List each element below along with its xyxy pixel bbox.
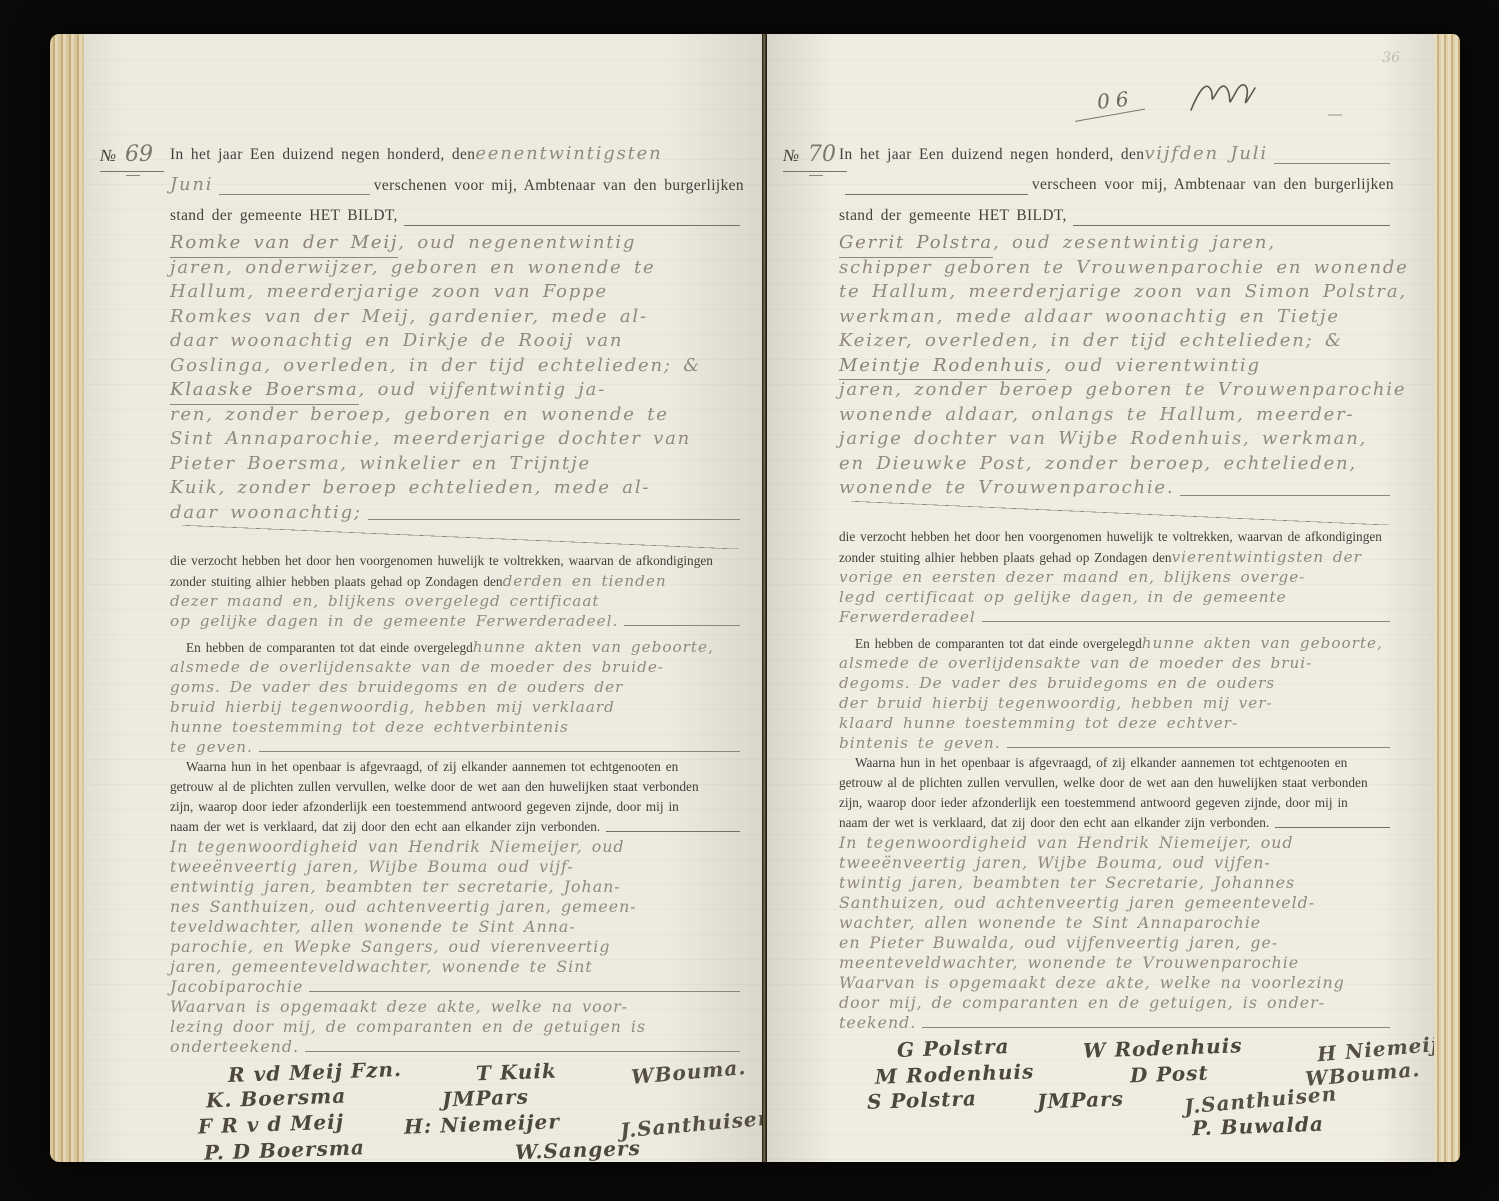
text-line: In tegenwoordigheid van Hendrik Niemeije…: [839, 833, 1394, 853]
text-line: [839, 501, 1394, 527]
handwritten-text: ren, zonder beroep, geboren en wonende t…: [170, 403, 669, 428]
page-edges-right: [1434, 34, 1460, 1162]
act-number-rule-small: [126, 175, 140, 176]
printed-text: zonder stuiting alhier hebben plaats geh…: [170, 572, 503, 592]
act-lines: In het jaar Een duizend negen honderd, d…: [170, 138, 744, 1057]
text-line: tweeënveertig jaren, Wijbe Bouma oud vij…: [170, 857, 744, 877]
handwritten-text: Sint Annaparochie, meerderjarige dochter…: [170, 427, 691, 452]
handwritten-text: , oud vierentwintig: [1046, 354, 1261, 379]
handwritten-text: In tegenwoordigheid van Hendrik Niemeije…: [839, 833, 1294, 853]
signature-row: P. D BoersmaW.Sangers: [204, 1137, 744, 1162]
text-line: naam der wet is verklaard, dat zij door …: [839, 813, 1394, 833]
text-line: parochie, en Wepke Sangers, oud vierenve…: [170, 937, 744, 957]
text-line: ren, zonder beroep, geboren en wonende t…: [170, 403, 744, 428]
handwritten-text: In tegenwoordigheid van Hendrik Niemeije…: [170, 837, 625, 857]
act-number-rule: [100, 171, 164, 172]
handwritten-text: Waarvan is opgemaakt deze akte, welke na…: [170, 997, 628, 1017]
ruled-line: [1180, 495, 1390, 496]
text-line: wonende te Vrouwenparochie.: [839, 476, 1394, 501]
printed-text: In het jaar Een duizend negen honderd, d…: [170, 139, 475, 170]
handwritten-text: klaard hunne toestemming tot deze echtve…: [839, 713, 1238, 733]
text-line: getrouw al de plichten zullen vervullen,…: [839, 773, 1394, 793]
act-number: 70: [808, 142, 836, 167]
handwritten-text: werkman, mede aldaar woonachtig en Tietj…: [839, 305, 1340, 330]
handwritten-text: wonende te Vrouwenparochie.: [839, 476, 1174, 501]
handwritten-text: wonende aldaar, onlangs te Hallum, meerd…: [839, 403, 1354, 428]
act-lines: In het jaar Een duizend negen honderd, d…: [839, 138, 1394, 1033]
handwritten-text: daar woonachtig en Dirkje de Rooij van: [170, 329, 623, 354]
text-line: schipper geboren te Vrouwenparochie en w…: [839, 256, 1394, 281]
signature: M Rodenhuis: [875, 1058, 1035, 1090]
signature: P. Buwalda: [1192, 1110, 1325, 1141]
text-line: En hebben de comparanten tot dat einde o…: [839, 633, 1394, 653]
text-line: lezing door mij, de comparanten en de ge…: [170, 1017, 744, 1037]
handwritten-text: Hallum, meerderjarige zoon van Foppe: [170, 280, 608, 305]
text-line: Klaaske Boersma, oud vijfentwintig ja-: [170, 378, 744, 403]
handwritten-text: bintenis te geven.: [839, 733, 1001, 753]
signature-block: G PolstraW RodenhuisH NiemeijerM Rodenhu…: [839, 1035, 1394, 1139]
handwritten-text: bruid hierbij tegenwoordig, hebben mij v…: [170, 697, 615, 717]
text-line: jaren, gemeenteveldwachter, wonende te S…: [170, 957, 744, 977]
handwritten-text: , oud zesentwintig jaren,: [993, 231, 1276, 256]
text-line: Waarna hun in het openbaar is afgevraagd…: [839, 753, 1394, 773]
text-line: naam der wet is verklaard, dat zij door …: [170, 817, 744, 837]
handwritten-text: , oud negenentwintig: [398, 231, 636, 256]
handwritten-text: te Hallum, meerderjarige zoon van Simon …: [839, 280, 1407, 305]
text-line: klaard hunne toestemming tot deze echtve…: [839, 713, 1394, 733]
text-line: der bruid hierbij tegenwoordig, hebben m…: [839, 693, 1394, 713]
act-number: 69: [125, 142, 153, 167]
handwritten-text: entwintig jaren, beambten ter secretarie…: [170, 877, 621, 897]
signature-row: R vd Meij Fzn.T KuikWBouma.: [228, 1059, 744, 1085]
ruled-line: [1274, 163, 1390, 164]
text-line: Meintje Rodenhuis, oud vierentwintig: [839, 354, 1394, 379]
text-line: en Dieuwke Post, zonder beroep, echtelie…: [839, 452, 1394, 477]
text-line: In het jaar Een duizend negen honderd, d…: [839, 138, 1394, 169]
text-line: getrouw al de plichten zullen vervullen,…: [170, 777, 744, 797]
signature-block: R vd Meij Fzn.T KuikWBouma.K. BoersmaJMP…: [170, 1059, 744, 1162]
handwritten-text: legd certificaat op gelijke dagen, in de…: [839, 587, 1287, 607]
signature-row: S PolstraJMParsJ.Santhuisen: [867, 1087, 1394, 1113]
handwritten-text: vijfden Juli: [1144, 138, 1268, 169]
printed-text: naam der wet is verklaard, dat zij door …: [170, 817, 600, 837]
text-line: Ferwerderadeel: [839, 607, 1394, 627]
printed-text: Waarna hun in het openbaar is afgevraagd…: [186, 757, 678, 777]
ruled-line: [922, 1027, 1390, 1028]
handwritten-text: lezing door mij, de comparanten en de ge…: [170, 1017, 646, 1037]
inspection-mark: 06: [1096, 86, 1136, 114]
page-number-pencil: 36: [1382, 50, 1400, 66]
signature: JMPars: [1036, 1085, 1124, 1114]
text-line: teekend.: [839, 1013, 1394, 1033]
ruled-line: [219, 194, 369, 195]
handwritten-text: op gelijke dagen in de gemeente Ferwerde…: [170, 611, 618, 631]
text-line: op gelijke dagen in de gemeente Ferwerde…: [170, 611, 744, 631]
text-line: tweeënveertig jaren, Wijbe Bouma, oud vi…: [839, 853, 1394, 873]
text-line: Waarna hun in het openbaar is afgevraagd…: [170, 757, 744, 777]
ruled-line: [982, 621, 1390, 622]
ruled-line: [1275, 827, 1390, 828]
handwritten-text: teekend.: [839, 1013, 916, 1033]
handwritten-text: onderteekend.: [170, 1037, 299, 1057]
printed-text: getrouw al de plichten zullen vervullen,…: [170, 777, 699, 797]
text-line: door mij, de comparanten en de getuigen,…: [839, 993, 1394, 1013]
text-line: verscheen voor mij, Ambtenaar van den bu…: [839, 169, 1394, 200]
handwritten-text: en Dieuwke Post, zonder beroep, echtelie…: [839, 452, 1357, 477]
text-line: alsmede de overlijdensakte van de moeder…: [839, 653, 1394, 673]
text-line: zonder stuiting alhier hebben plaats geh…: [170, 571, 744, 591]
handwritten-text: Romkes van der Meij, gardenier, mede al-: [170, 305, 648, 330]
signature-row: K. BoersmaJMPars: [206, 1085, 744, 1111]
printed-text: In het jaar Een duizend negen honderd, d…: [839, 139, 1144, 170]
signature: W.Sangers: [514, 1135, 641, 1162]
text-line: te geven.: [170, 737, 744, 757]
text-line: daar woonachtig;: [170, 501, 744, 526]
text-line: nes Santhuizen, oud achtenveertig jaren,…: [170, 897, 744, 917]
handwritten-text: door mij, de comparanten en de getuigen,…: [839, 993, 1325, 1013]
handwritten-text: , oud vijfentwintig ja-: [359, 378, 607, 403]
text-line: goms. De vader des bruidegoms en de oude…: [170, 677, 744, 697]
text-line: meenteveldwachter, wonende te Vrouwenpar…: [839, 953, 1394, 973]
text-line: entwintig jaren, beambten ter secretarie…: [170, 877, 744, 897]
printed-text: zijn, waarop door ieder afzonderlijk een…: [839, 793, 1348, 813]
handwritten-text: Goslinga, overleden, in der tijd echteli…: [170, 354, 701, 379]
ruled-line: [404, 225, 740, 226]
printed-text: stand der gemeente HET BILDT,: [170, 200, 398, 231]
text-line: jarige dochter van Wijbe Rodenhuis, werk…: [839, 427, 1394, 452]
printed-text: die verzocht hebben het door hen voorgen…: [839, 527, 1382, 547]
printed-text: getrouw al de plichten zullen vervullen,…: [839, 773, 1368, 793]
text-line: Hallum, meerderjarige zoon van Foppe: [170, 280, 744, 305]
signature: P. D Boersma: [204, 1134, 366, 1162]
text-line: die verzocht hebben het door hen voorgen…: [839, 527, 1394, 547]
handwritten-name-underlined: Gerrit Polstra: [839, 231, 993, 258]
handwritten-text: jaren, zonder beroep geboren te Vrouwenp…: [839, 378, 1406, 403]
signature-row: G PolstraW RodenhuisH Niemeijer: [897, 1035, 1394, 1061]
handwritten-name-underlined: Meintje Rodenhuis: [839, 354, 1046, 381]
text-line: degoms. De vader des bruidegoms en de ou…: [839, 673, 1394, 693]
handwritten-text: Ferwerderadeel: [839, 607, 976, 627]
register-book: №69 In het jaar Een duizend negen honder…: [50, 34, 1460, 1162]
text-line: daar woonachtig en Dirkje de Rooij van: [170, 329, 744, 354]
signature: H: Niemeijer: [404, 1108, 561, 1139]
pencil-dash-mark: —: [1327, 104, 1343, 123]
printed-text: die verzocht hebben het door hen voorgen…: [170, 551, 713, 571]
text-line: bruid hierbij tegenwoordig, hebben mij v…: [170, 697, 744, 717]
handwritten-text: parochie, en Wepke Sangers, oud vierenve…: [170, 937, 610, 957]
handwritten-text: nes Santhuizen, oud achtenveertig jaren,…: [170, 897, 637, 917]
handwritten-text: dezer maand en, blijkens overgelegd cert…: [170, 591, 600, 611]
ruled-line: [309, 991, 740, 992]
act-number-block: №70: [783, 142, 847, 176]
register-page-right: 06 — 36 №70 In het jaar Een duizend nege…: [767, 34, 1434, 1162]
ruled-line: [606, 831, 740, 832]
handwritten-text: der bruid hierbij tegenwoordig, hebben m…: [839, 693, 1273, 713]
page-edges-left: [50, 34, 84, 1162]
text-line: die verzocht hebben het door hen voorgen…: [170, 551, 744, 571]
text-line: In het jaar Een duizend negen honderd, d…: [170, 138, 744, 169]
handwritten-text: en Pieter Buwalda, oud vijfenveertig jar…: [839, 933, 1278, 953]
text-line: Waarvan is opgemaakt deze akte, welke na…: [170, 997, 744, 1017]
text-line: dezer maand en, blijkens overgelegd cert…: [170, 591, 744, 611]
text-line: Juniverschenen voor mij, Ambtenaar van d…: [170, 169, 744, 200]
register-page-left: №69 In het jaar Een duizend negen honder…: [84, 34, 762, 1162]
handwritten-text: tweeënveertig jaren, Wijbe Bouma oud vij…: [170, 857, 574, 877]
act-number-rule: [783, 171, 847, 172]
printed-text: naam der wet is verklaard, dat zij door …: [839, 813, 1269, 833]
text-line: legd certificaat op gelijke dagen, in de…: [839, 587, 1394, 607]
text-line: In tegenwoordigheid van Hendrik Niemeije…: [170, 837, 744, 857]
handwritten-text: Jacobiparochie: [170, 977, 303, 997]
act-number-block: №69: [100, 142, 164, 176]
text-line: zijn, waarop door ieder afzonderlijk een…: [170, 797, 744, 817]
signature-row: P. Buwalda: [839, 1113, 1324, 1139]
act-number-rule-small: [809, 175, 823, 176]
ruled-line: [624, 625, 740, 626]
text-line: jaren, zonder beroep geboren te Vrouwenp…: [839, 378, 1394, 403]
text-line: Waarvan is opgemaakt deze akte, welke na…: [839, 973, 1394, 993]
printed-text: zijn, waarop door ieder afzonderlijk een…: [170, 797, 679, 817]
text-line: werkman, mede aldaar woonachtig en Tietj…: [839, 305, 1394, 330]
signature: W Rodenhuis: [1083, 1032, 1243, 1064]
handwritten-text: vorige en eersten dezer maand en, blijke…: [839, 567, 1305, 587]
handwritten-text: meenteveldwachter, wonende te Vrouwenpar…: [839, 953, 1299, 973]
handwritten-text: Juni: [170, 169, 213, 200]
act-text-right: In het jaar Een duizend negen honderd, d…: [839, 138, 1394, 1162]
handwritten-text: te geven.: [170, 737, 253, 757]
handwritten-text: hunne akten van geboorte,: [1142, 633, 1383, 653]
printed-text: Waarna hun in het openbaar is afgevraagd…: [855, 753, 1347, 773]
text-line: en Pieter Buwalda, oud vijfenveertig jar…: [839, 933, 1394, 953]
printed-text: zonder stuiting alhier hebben plaats geh…: [839, 548, 1172, 568]
signature: G Polstra: [897, 1033, 1010, 1063]
text-line: jaren, onderwijzer, geboren en wonende t…: [170, 256, 744, 281]
printed-text: verschenen voor mij, Ambtenaar van den b…: [374, 170, 744, 201]
handwritten-text: jaren, onderwijzer, geboren en wonende t…: [170, 256, 656, 281]
signature: JMPars: [442, 1083, 530, 1112]
handwritten-text: hunne toestemming tot deze echtverbinten…: [170, 717, 569, 737]
handwritten-text: eenentwintigsten: [475, 138, 662, 169]
handwritten-text: Kuik, zonder beroep echtelieden, mede al…: [170, 476, 650, 501]
ink-flourish-mark: [1187, 78, 1261, 118]
handwritten-text: jaren, gemeenteveldwachter, wonende te S…: [170, 957, 593, 977]
handwritten-text: tweeënveertig jaren, Wijbe Bouma, oud vi…: [839, 853, 1271, 873]
text-line: wonende aldaar, onlangs te Hallum, meerd…: [839, 403, 1394, 428]
text-line: En hebben de comparanten tot dat einde o…: [170, 637, 744, 657]
diagonal-strike-line: [182, 525, 742, 549]
text-line: stand der gemeente HET BILDT,: [839, 200, 1394, 231]
handwritten-text: hunne akten van geboorte,: [473, 637, 714, 657]
printed-text: En hebben de comparanten tot dat einde o…: [855, 634, 1142, 654]
handwritten-text: Santhuizen, oud achtenveertig jaren geme…: [839, 893, 1315, 913]
text-line: zonder stuiting alhier hebben plaats geh…: [839, 547, 1394, 567]
text-line: alsmede de overlijdensakte van de moeder…: [170, 657, 744, 677]
text-line: te Hallum, meerderjarige zoon van Simon …: [839, 280, 1394, 305]
text-line: stand der gemeente HET BILDT,: [170, 200, 744, 231]
handwritten-text: Pieter Boersma, winkelier en Trijntje: [170, 452, 591, 477]
text-line: Sint Annaparochie, meerderjarige dochter…: [170, 427, 744, 452]
text-line: wachter, allen wonende te Sint Annaparoc…: [839, 913, 1394, 933]
handwritten-text: daar woonachtig;: [170, 501, 362, 526]
handwritten-text: twintig jaren, beambten ter Secretarie, …: [839, 873, 1295, 893]
handwritten-text: wachter, allen wonende te Sint Annaparoc…: [839, 913, 1261, 933]
handwritten-text: teveldwachter, allen wonende te Sint Ann…: [170, 917, 576, 937]
text-line: bintenis te geven.: [839, 733, 1394, 753]
handwritten-text: vierentwintigsten der: [1172, 547, 1362, 567]
ruled-line: [845, 194, 1028, 195]
text-line: Pieter Boersma, winkelier en Trijntje: [170, 452, 744, 477]
text-line: Gerrit Polstra, oud zesentwintig jaren,: [839, 231, 1394, 256]
handwritten-text: schipper geboren te Vrouwenparochie en w…: [839, 256, 1409, 281]
handwritten-text: degoms. De vader des bruidegoms en de ou…: [839, 673, 1275, 693]
handwritten-text: alsmede de overlijdensakte van de moeder…: [839, 653, 1312, 673]
text-line: hunne toestemming tot deze echtverbinten…: [170, 717, 744, 737]
text-line: onderteekend.: [170, 1037, 744, 1057]
handwritten-text: goms. De vader des bruidegoms en de oude…: [170, 677, 623, 697]
ruled-line: [1073, 225, 1390, 226]
text-line: Keizer, overleden, in der tijd echtelied…: [839, 329, 1394, 354]
printed-text: En hebben de comparanten tot dat einde o…: [186, 638, 473, 658]
text-line: [170, 525, 744, 551]
text-line: Romkes van der Meij, gardenier, mede al-: [170, 305, 744, 330]
act-number-sign: №: [100, 146, 117, 165]
diagonal-strike-line: [851, 501, 1392, 525]
act-text-left: In het jaar Een duizend negen honderd, d…: [170, 138, 744, 1162]
handwritten-name-underlined: Romke van der Meij: [170, 231, 398, 258]
handwritten-text: derden en tienden: [503, 571, 667, 591]
ruled-line: [1007, 747, 1390, 748]
text-line: vorige en eersten dezer maand en, blijke…: [839, 567, 1394, 587]
text-line: teveldwachter, allen wonende te Sint Ann…: [170, 917, 744, 937]
text-line: Santhuizen, oud achtenveertig jaren geme…: [839, 893, 1394, 913]
text-line: twintig jaren, beambten ter Secretarie, …: [839, 873, 1394, 893]
ruled-line: [259, 751, 740, 752]
act-number-sign: №: [783, 146, 800, 165]
signature: S Polstra: [867, 1085, 978, 1115]
ruled-line: [305, 1051, 740, 1052]
text-line: Kuik, zonder beroep echtelieden, mede al…: [170, 476, 744, 501]
text-line: Jacobiparochie: [170, 977, 744, 997]
signature: T Kuik: [475, 1058, 557, 1087]
handwritten-name-underlined: Klaaske Boersma: [170, 378, 359, 405]
signature-row: F R v d MeijH: NiemeijerJ.Santhuisen: [198, 1111, 744, 1137]
signature: D Post: [1130, 1059, 1210, 1088]
handwritten-text: alsmede de overlijdensakte van de moeder…: [170, 657, 664, 677]
text-line: Romke van der Meij, oud negenentwintig: [170, 231, 744, 256]
ruled-line: [368, 519, 740, 520]
printed-text: stand der gemeente HET BILDT,: [839, 200, 1067, 231]
handwritten-text: jarige dochter van Wijbe Rodenhuis, werk…: [839, 427, 1367, 452]
handwritten-text: Keizer, overleden, in der tijd echtelied…: [839, 329, 1343, 354]
handwritten-text: Waarvan is opgemaakt deze akte, welke na…: [839, 973, 1345, 993]
text-line: zijn, waarop door ieder afzonderlijk een…: [839, 793, 1394, 813]
printed-text: verscheen voor mij, Ambtenaar van den bu…: [1032, 169, 1394, 200]
text-line: Goslinga, overleden, in der tijd echteli…: [170, 354, 744, 379]
